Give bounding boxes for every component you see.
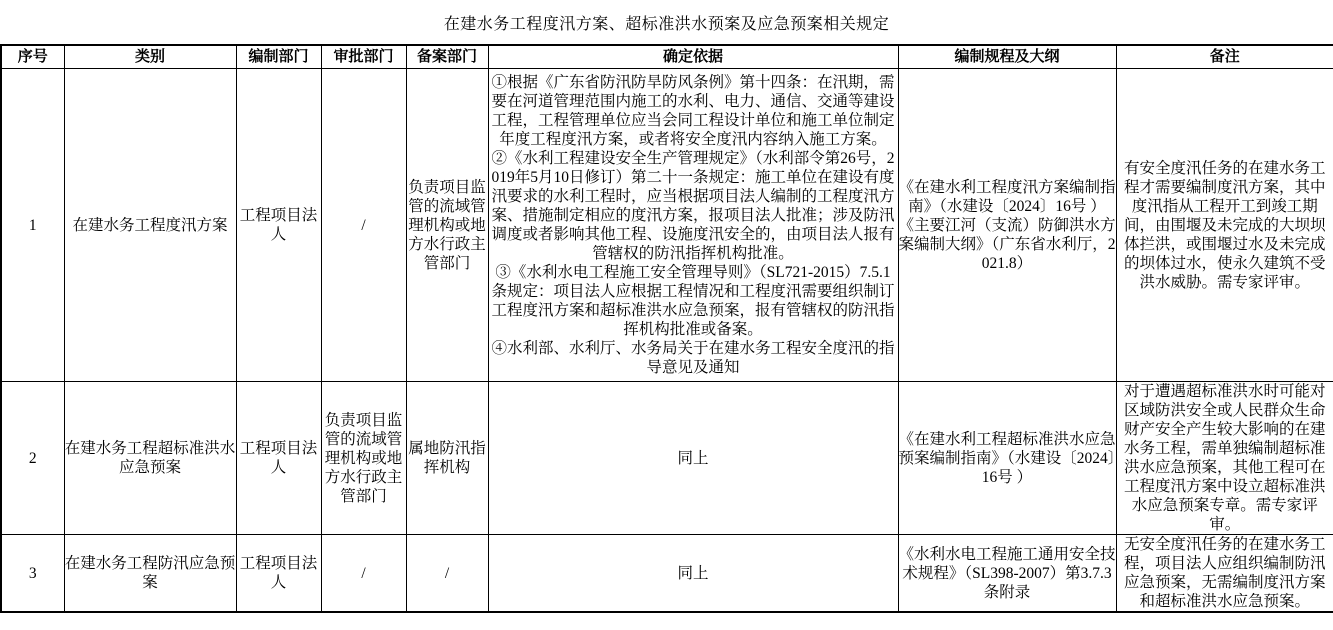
cell-guideline: 《在建水利工程度汛方案编制指南》（水建设〔2024〕16号 ） 《主要江河（支流…: [898, 69, 1116, 382]
cell-seq: 3: [1, 535, 64, 613]
cell-filer: /: [406, 535, 488, 613]
table-row: 2 在建水务工程超标准洪水应急预案 工程项目法人 负责项目监管的流域管理机构或地…: [1, 382, 1333, 535]
regulations-table: 序号 类别 编制部门 审批部门 备案部门 确定依据 编制规程及大纲 备注 1 在…: [0, 44, 1333, 613]
cell-guideline: 《水利水电工程施工通用安全技术规程》（SL398-2007）第3.7.3条附录: [898, 535, 1116, 613]
cell-remark: 有安全度汛任务的在建水务工程才需要编制度汛方案，其中度汛指从工程开工到竣工期间，…: [1116, 69, 1333, 382]
cell-approver: /: [321, 69, 406, 382]
table-row: 1 在建水务工程度汛方案 工程项目法人 / 负责项目监管的流域管理机构或地方水行…: [1, 69, 1333, 382]
cell-category: 在建水务工程超标准洪水应急预案: [64, 382, 236, 535]
col-header-remark: 备注: [1116, 45, 1333, 69]
page-title: 在建水务工程度汛方案、超标准洪水预案及应急预案相关规定: [0, 0, 1333, 44]
cell-remark: 对于遭遇超标准洪水时可能对区域防洪安全或人民群众生命财产安全产生较大影响的在建水…: [1116, 382, 1333, 535]
col-header-guideline: 编制规程及大纲: [898, 45, 1116, 69]
cell-seq: 2: [1, 382, 64, 535]
table-row: 3 在建水务工程防汛应急预案 工程项目法人 / / 同上 《水利水电工程施工通用…: [1, 535, 1333, 613]
col-header-approver: 审批部门: [321, 45, 406, 69]
cell-category: 在建水务工程度汛方案: [64, 69, 236, 382]
cell-compiler: 工程项目法人: [236, 69, 321, 382]
col-header-seq: 序号: [1, 45, 64, 69]
cell-basis: 同上: [488, 535, 898, 613]
cell-filer: 属地防汛指挥机构: [406, 382, 488, 535]
cell-compiler: 工程项目法人: [236, 382, 321, 535]
cell-compiler: 工程项目法人: [236, 535, 321, 613]
cell-remark: 无安全度汛任务的在建水务工程，项目法人应组织编制防汛应急预案，无需编制度汛方案和…: [1116, 535, 1333, 613]
cell-guideline: 《在建水利工程超标准洪水应急预案编制指南》（水建设〔2024〕16号 ）: [898, 382, 1116, 535]
cell-basis: 同上: [488, 382, 898, 535]
cell-seq: 1: [1, 69, 64, 382]
col-header-category: 类别: [64, 45, 236, 69]
cell-filer: 负责项目监管的流域管理机构或地方水行政主管部门: [406, 69, 488, 382]
col-header-compiler: 编制部门: [236, 45, 321, 69]
cell-category: 在建水务工程防汛应急预案: [64, 535, 236, 613]
col-header-basis: 确定依据: [488, 45, 898, 69]
cell-approver: /: [321, 535, 406, 613]
col-header-filer: 备案部门: [406, 45, 488, 69]
header-row: 序号 类别 编制部门 审批部门 备案部门 确定依据 编制规程及大纲 备注: [1, 45, 1333, 69]
cell-approver: 负责项目监管的流域管理机构或地方水行政主管部门: [321, 382, 406, 535]
document-page: 在建水务工程度汛方案、超标准洪水预案及应急预案相关规定 序号 类别 编制部门 审…: [0, 0, 1333, 630]
cell-basis: ①根据《广东省防汛防旱防风条例》第十四条：在汛期，需要在河道管理范围内施工的水利…: [488, 69, 898, 382]
